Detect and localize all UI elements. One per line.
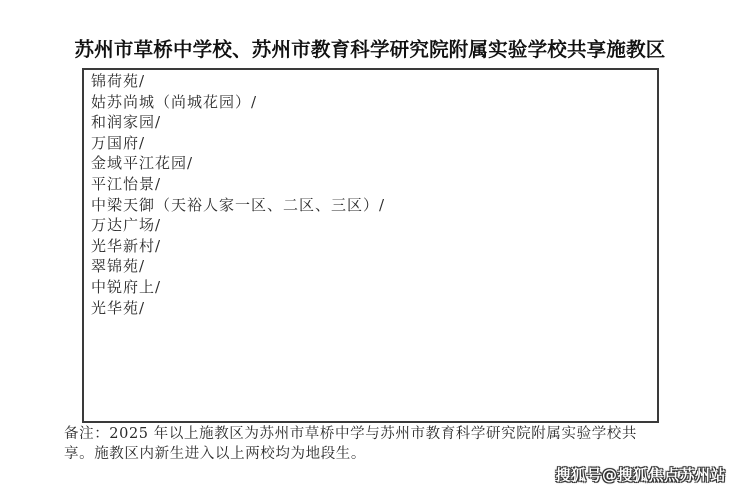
document-title: 苏州市草桥中学校、苏州市教育科学研究院附属实验学校共享施教区 bbox=[0, 38, 740, 62]
footnote-line-1: 备注：2025 年以上施教区为苏州市草桥中学与苏州市教育科学研究院附属实验学校共 bbox=[64, 424, 664, 444]
community-list-box: 锦荷苑/ 姑苏尚城（尚城花园）/ 和润家园/ 万国府/ 金域平江花园/ 平江怡景… bbox=[82, 68, 659, 423]
list-item: 万国府/ bbox=[91, 133, 385, 154]
list-item: 光华新村/ bbox=[91, 236, 385, 257]
footnote: 备注：2025 年以上施教区为苏州市草桥中学与苏州市教育科学研究院附属实验学校共… bbox=[64, 424, 664, 464]
list-item: 光华苑/ bbox=[91, 298, 385, 319]
list-item: 和润家园/ bbox=[91, 112, 385, 133]
list-item: 万达广场/ bbox=[91, 215, 385, 236]
list-item: 锦荷苑/ bbox=[91, 71, 385, 92]
list-item: 翠锦苑/ bbox=[91, 256, 385, 277]
list-item: 姑苏尚城（尚城花园）/ bbox=[91, 92, 385, 113]
footnote-line-2: 享。施教区内新生进入以上两校均为地段生。 bbox=[64, 444, 664, 464]
list-item: 中梁天御（天裕人家一区、二区、三区）/ bbox=[91, 195, 385, 216]
list-item: 平江怡景/ bbox=[91, 174, 385, 195]
list-item: 中锐府上/ bbox=[91, 277, 385, 298]
community-list: 锦荷苑/ 姑苏尚城（尚城花园）/ 和润家园/ 万国府/ 金域平江花园/ 平江怡景… bbox=[91, 71, 385, 318]
watermark: 搜狐号@搜狐焦点苏州站 bbox=[555, 464, 726, 485]
list-item: 金域平江花园/ bbox=[91, 153, 385, 174]
